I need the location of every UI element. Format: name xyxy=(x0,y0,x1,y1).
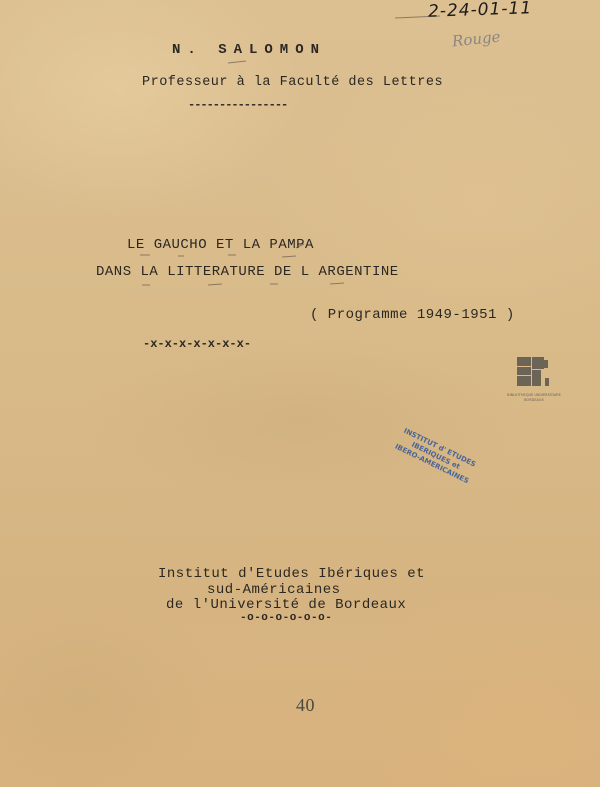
document-page: 2-24-01-11 Rouge N. SALOMON Professeur à… xyxy=(0,0,600,787)
author-affiliation: Professeur à la Faculté des Lettres xyxy=(142,75,443,90)
library-logo-icon xyxy=(515,355,551,389)
title-line-2: DANS LA LITTERATURE DE L ARGENTINE xyxy=(96,264,399,280)
page-number: 40 xyxy=(296,695,315,716)
header-rule: ---------------- xyxy=(188,98,287,112)
institute-line-3: de l'Université de Bordeaux xyxy=(166,597,406,613)
institute-line-2: sud-Américaines xyxy=(207,582,341,598)
library-stamp-caption: BIBLIOTHEQUE UNIVERSITAIRE BORDEAUX xyxy=(504,393,564,403)
institute-stamp: INSTITUT d' ETUDES IBERIQUES et IBERO-AM… xyxy=(380,420,491,492)
separator-x: -x-x-x-x-x-x-x- xyxy=(143,337,251,351)
title-line-1: LE GAUCHO ET LA PAMPA xyxy=(127,237,314,253)
handwritten-color-note: Rouge xyxy=(451,28,501,51)
institute-line-1: Institut d'Etudes Ibériques et xyxy=(158,566,425,582)
separator-o: -o-o-o-o-o-o- xyxy=(240,612,332,624)
handwritten-reference-number: 2-24-01-11 xyxy=(428,0,533,22)
author-name: N. SALOMON xyxy=(172,42,326,58)
programme-years: ( Programme 1949-1951 ) xyxy=(310,307,515,323)
institute-stamp-line: IBERIQUES et xyxy=(384,428,487,484)
library-caption-line: BORDEAUX xyxy=(504,398,564,403)
